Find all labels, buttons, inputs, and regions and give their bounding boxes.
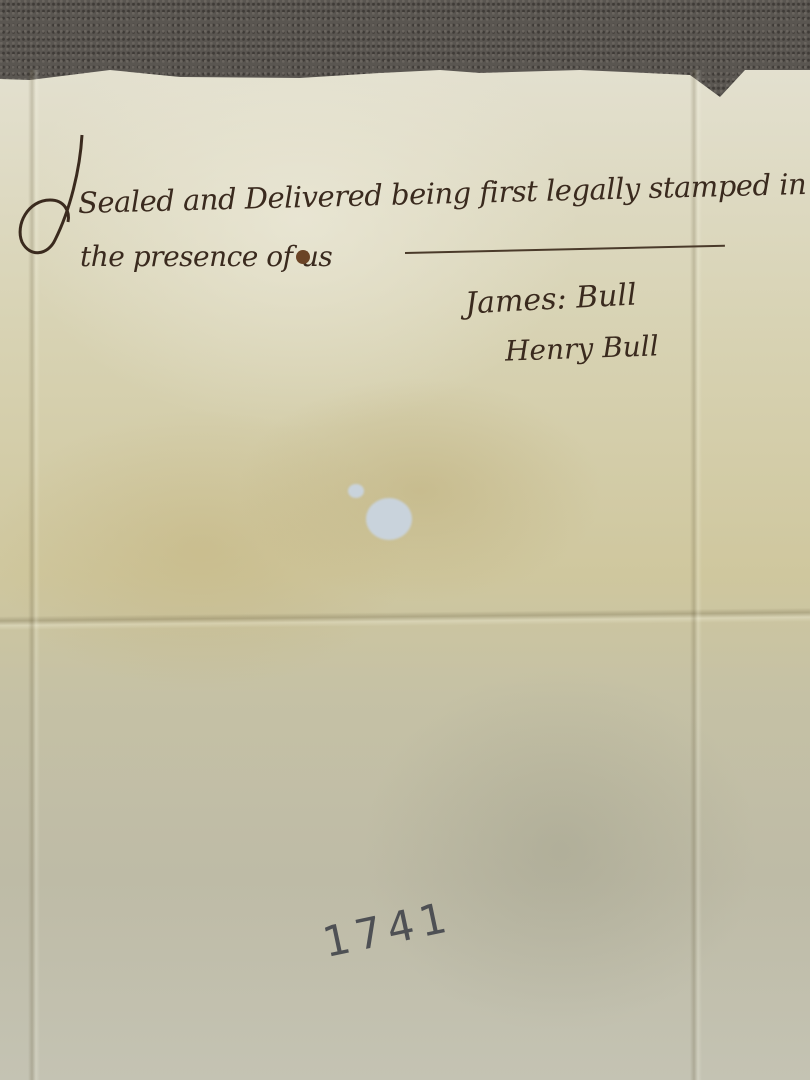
worn-spot [366,498,412,540]
worn-spot-small [348,484,364,498]
attestation-line-2: the presence of us [80,240,332,273]
ink-blot [296,250,310,264]
witness-signature-2: Henry Bull [504,329,659,367]
vertical-fold-right [690,70,702,1080]
